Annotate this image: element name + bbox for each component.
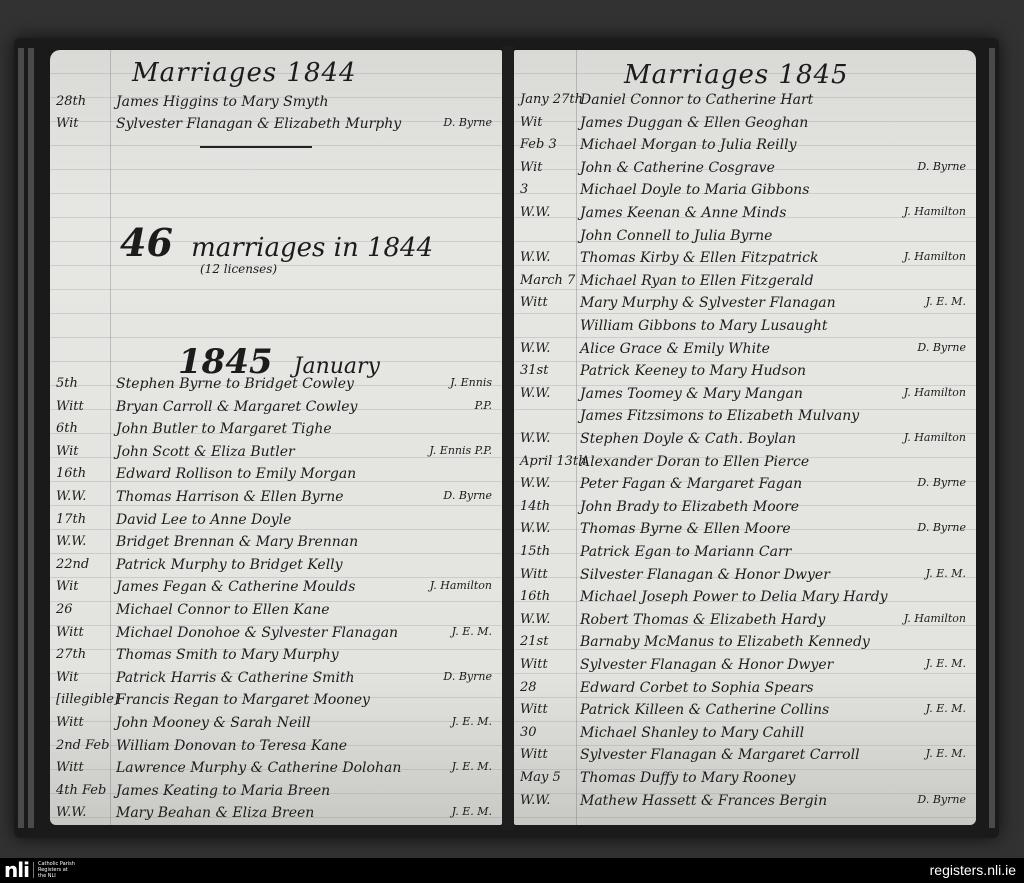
entry-names: Stephen Doyle & Cath. Boylan xyxy=(580,431,796,447)
entry-row: WittMichael Donohoe & Sylvester Flanagan… xyxy=(50,625,502,648)
entry-officiant: D. Byrne xyxy=(443,670,492,683)
left-page-title: Marriages 1844 xyxy=(132,58,357,88)
entry-date: Wit xyxy=(56,116,108,131)
entry-names: Peter Fagan & Margaret Fagan xyxy=(580,476,802,492)
entry-names: William Donovan to Teresa Kane xyxy=(116,738,347,754)
entry-row: May 5Thomas Duffy to Mary Rooney xyxy=(514,770,976,793)
entry-names: Barnaby McManus to Elizabeth Kennedy xyxy=(580,634,870,650)
entry-names: Daniel Connor to Catherine Hart xyxy=(580,92,813,108)
entry-names: Alexander Doran to Ellen Pierce xyxy=(580,454,809,470)
entry-officiant: J. E. M. xyxy=(926,567,966,580)
entry-names: Bridget Brennan & Mary Brennan xyxy=(116,534,358,550)
entry-officiant: J. E. M. xyxy=(926,295,966,308)
entry-officiant: D. Byrne xyxy=(917,793,966,806)
entry-date: 31st xyxy=(520,363,572,378)
entry-row: 4th FebJames Keating to Maria Breen xyxy=(50,783,502,806)
entry-names: John Scott & Eliza Butler xyxy=(116,444,295,460)
entry-names: Michael Donohoe & Sylvester Flanagan xyxy=(116,625,398,641)
entry-date: Feb 3 xyxy=(520,137,572,152)
entry-row: James Fitzsimons to Elizabeth Mulvany xyxy=(514,408,976,431)
entry-row: April 13thAlexander Doran to Ellen Pierc… xyxy=(514,454,976,477)
entry-date: Witt xyxy=(56,399,108,414)
entry-date: Witt xyxy=(520,702,572,717)
entry-row: 16thEdward Rollison to Emily Morgan xyxy=(50,466,502,489)
entry-date: W.W. xyxy=(520,612,572,627)
entry-names: Michael Doyle to Maria Gibbons xyxy=(580,182,809,198)
book-spine xyxy=(502,46,514,830)
entry-row: WitJames Fegan & Catherine MouldsJ. Hami… xyxy=(50,579,502,602)
entry-officiant: D. Byrne xyxy=(443,489,492,502)
entry-officiant: D. Byrne xyxy=(917,160,966,173)
entry-date: 5th xyxy=(56,376,108,391)
entry-officiant: J. E. M. xyxy=(926,747,966,760)
entry-officiant: D. Byrne xyxy=(917,476,966,489)
entry-date: 4th Feb xyxy=(56,783,108,798)
entry-row: 30Michael Shanley to Mary Cahill xyxy=(514,725,976,748)
entry-names: James Keenan & Anne Minds xyxy=(580,205,786,221)
entry-row: 22ndPatrick Murphy to Bridget Kelly xyxy=(50,557,502,580)
entry-row: W.W.James Toomey & Mary ManganJ. Hamilto… xyxy=(514,386,976,409)
entry-date: 17th xyxy=(56,512,108,527)
entry-row: 31stPatrick Keeney to Mary Hudson xyxy=(514,363,976,386)
entry-row: 16thMichael Joseph Power to Delia Mary H… xyxy=(514,589,976,612)
entry-date: 30 xyxy=(520,725,572,740)
entry-date: W.W. xyxy=(520,793,572,808)
summary-note: (12 licenses) xyxy=(200,262,277,276)
entry-date: Witt xyxy=(520,295,572,310)
entry-names: William Gibbons to Mary Lusaught xyxy=(580,318,828,334)
entry-row: Jany 27thDaniel Connor to Catherine Hart xyxy=(514,92,976,115)
entry-date: Witt xyxy=(520,747,572,762)
entry-row: 28Edward Corbet to Sophia Spears xyxy=(514,680,976,703)
entry-row: WitJames Duggan & Ellen Geoghan xyxy=(514,115,976,138)
yearly-summary: 46 marriages in 1844 xyxy=(120,220,433,265)
entry-officiant: J. Hamilton xyxy=(904,612,966,625)
book-edge-left xyxy=(18,48,24,828)
left-page: Marriages 1844 28th James Higgins to Mar… xyxy=(50,50,502,825)
entry-officiant: J. Hamilton xyxy=(904,250,966,263)
entry-names: Mary Murphy & Sylvester Flanagan xyxy=(580,295,836,311)
entry-names: Stephen Byrne to Bridget Cowley xyxy=(116,376,354,392)
entry-names: James Duggan & Ellen Geoghan xyxy=(580,115,808,131)
entry-names: John Connell to Julia Byrne xyxy=(580,228,772,244)
entry-row: 5thStephen Byrne to Bridget CowleyJ. Enn… xyxy=(50,376,502,399)
entry-names: Mary Beahan & Eliza Breen xyxy=(116,805,314,821)
entry-date: W.W. xyxy=(520,431,572,446)
entry-officiant: D. Byrne xyxy=(917,521,966,534)
entry-names: Thomas Duffy to Mary Rooney xyxy=(580,770,795,786)
entry-row: WittPatrick Killeen & Catherine CollinsJ… xyxy=(514,702,976,725)
entry-date: Wit xyxy=(56,670,108,685)
entry-row: W.W.Mathew Hassett & Frances BerginD. By… xyxy=(514,793,976,816)
entry-names: James Fegan & Catherine Moulds xyxy=(116,579,355,595)
summary-count: 46 xyxy=(120,220,173,265)
logo-caption: Catholic Parish Registers at the NLI xyxy=(38,861,75,879)
entry-row: WitJohn & Catherine CosgraveD. Byrne xyxy=(514,160,976,183)
entry-names: Thomas Kirby & Ellen Fitzpatrick xyxy=(580,250,818,266)
site-link[interactable]: registers.nli.ie xyxy=(930,862,1016,878)
entry-date: Witt xyxy=(56,625,108,640)
entry-row: 14thJohn Brady to Elizabeth Moore xyxy=(514,499,976,522)
entry-officiant: J. E. M. xyxy=(452,715,492,728)
nli-logo[interactable]: nli Catholic Parish Registers at the NLI xyxy=(4,861,75,879)
entry-date: Wit xyxy=(56,444,108,459)
footer-bar: nli Catholic Parish Registers at the NLI… xyxy=(0,858,1024,883)
entry-names: Edward Rollison to Emily Morgan xyxy=(116,466,356,482)
logo-caption-line: the NLI xyxy=(38,873,75,879)
entry-row: 6thJohn Butler to Margaret Tighe xyxy=(50,421,502,444)
entry-row: WittSilvester Flanagan & Honor DwyerJ. E… xyxy=(514,567,976,590)
entry-row: Feb 3Michael Morgan to Julia Reilly xyxy=(514,137,976,160)
entry-row: 15thPatrick Egan to Mariann Carr xyxy=(514,544,976,567)
entry-names: Patrick Egan to Mariann Carr xyxy=(580,544,791,560)
entry-names: James Keating to Maria Breen xyxy=(116,783,330,799)
entry-names: Michael Ryan to Ellen Fitzgerald xyxy=(580,273,814,289)
entry-date: W.W. xyxy=(56,489,108,504)
entry-row: W.W.Robert Thomas & Elizabeth HardyJ. Ha… xyxy=(514,612,976,635)
entry-date: 3 xyxy=(520,182,572,197)
entry-names: John & Catherine Cosgrave xyxy=(580,160,775,176)
right-page-title: Marriages 1845 xyxy=(624,60,849,90)
entry-officiant: J. Ennis xyxy=(450,376,492,389)
entry-names: Bryan Carroll & Margaret Cowley xyxy=(116,399,357,415)
entry-row: 17thDavid Lee to Anne Doyle xyxy=(50,512,502,535)
entry-names: Mathew Hassett & Frances Bergin xyxy=(580,793,827,809)
entry-row: WittSylvester Flanagan & Margaret Carrol… xyxy=(514,747,976,770)
entry-date: Wit xyxy=(56,579,108,594)
entry-date: Witt xyxy=(520,567,572,582)
entry-names: John Brady to Elizabeth Moore xyxy=(580,499,799,515)
entry-date: Witt xyxy=(56,715,108,730)
entry-row: 28th James Higgins to Mary Smyth xyxy=(50,94,502,117)
logo-separator xyxy=(33,862,34,878)
entry-officiant: J. Hamilton xyxy=(430,579,492,592)
entry-officiant: J. Hamilton xyxy=(904,386,966,399)
entry-date: 26 xyxy=(56,602,108,617)
entry-date: 28 xyxy=(520,680,572,695)
entry-names: Thomas Smith to Mary Murphy xyxy=(116,647,339,663)
entry-row: John Connell to Julia Byrne xyxy=(514,228,976,251)
entry-row: W.W.Thomas Byrne & Ellen MooreD. Byrne xyxy=(514,521,976,544)
entry-date: 21st xyxy=(520,634,572,649)
entry-row: W.W.James Keenan & Anne MindsJ. Hamilton xyxy=(514,205,976,228)
entry-names: David Lee to Anne Doyle xyxy=(116,512,291,528)
entry-row: March 7Michael Ryan to Ellen Fitzgerald xyxy=(514,273,976,296)
entry-date: May 5 xyxy=(520,770,572,785)
entry-officiant: D. Byrne xyxy=(443,116,492,129)
entry-date: Jany 27th xyxy=(520,92,572,107)
entry-officiant: J. E. M. xyxy=(452,625,492,638)
entry-officiant: J. Hamilton xyxy=(904,431,966,444)
entry-date: 16th xyxy=(520,589,572,604)
entry-row: W.W.Peter Fagan & Margaret FaganD. Byrne xyxy=(514,476,976,499)
entry-row: 27thThomas Smith to Mary Murphy xyxy=(50,647,502,670)
register-book: Marriages 1844 28th James Higgins to Mar… xyxy=(14,38,999,838)
entry-names: Edward Corbet to Sophia Spears xyxy=(580,680,814,696)
entry-date: W.W. xyxy=(56,534,108,549)
entry-row: W.W.Mary Beahan & Eliza BreenJ. E. M. xyxy=(50,805,502,825)
entry-date: 14th xyxy=(520,499,572,514)
entry-names: Patrick Killeen & Catherine Collins xyxy=(580,702,829,718)
entry-row: WittSylvester Flanagan & Honor DwyerJ. E… xyxy=(514,657,976,680)
entry-names: Michael Shanley to Mary Cahill xyxy=(580,725,804,741)
entry-row: [illegible]Francis Regan to Margaret Moo… xyxy=(50,692,502,715)
entry-names: Michael Morgan to Julia Reilly xyxy=(580,137,797,153)
entry-row: W.W.Stephen Doyle & Cath. BoylanJ. Hamil… xyxy=(514,431,976,454)
entry-names: Silvester Flanagan & Honor Dwyer xyxy=(580,567,830,583)
entry-row: 26Michael Connor to Ellen Kane xyxy=(50,602,502,625)
nli-logo-mark: nli xyxy=(4,861,29,879)
entry-row: WittJohn Mooney & Sarah NeillJ. E. M. xyxy=(50,715,502,738)
entry-names: Sylvester Flanagan & Elizabeth Murphy xyxy=(116,116,401,132)
entry-date: Wit xyxy=(520,160,572,175)
right-page: Marriages 1845 Jany 27thDaniel Connor to… xyxy=(514,50,976,825)
entry-row: 2nd FebWilliam Donovan to Teresa Kane xyxy=(50,738,502,761)
entry-names: Michael Joseph Power to Delia Mary Hardy xyxy=(580,589,887,605)
entry-row: WitPatrick Harris & Catherine SmithD. By… xyxy=(50,670,502,693)
entry-row: W.W.Thomas Kirby & Ellen FitzpatrickJ. H… xyxy=(514,250,976,273)
entry-row: W.W.Alice Grace & Emily WhiteD. Byrne xyxy=(514,341,976,364)
entry-date: 16th xyxy=(56,466,108,481)
entry-date: W.W. xyxy=(520,250,572,265)
entry-date: 2nd Feb xyxy=(56,738,108,753)
entry-date: March 7 xyxy=(520,273,572,288)
entry-row: William Gibbons to Mary Lusaught xyxy=(514,318,976,341)
entry-names: Patrick Keeney to Mary Hudson xyxy=(580,363,806,379)
entry-date: W.W. xyxy=(56,805,108,820)
entry-officiant: J. Hamilton xyxy=(904,205,966,218)
entry-names: Patrick Harris & Catherine Smith xyxy=(116,670,355,686)
entry-names: Lawrence Murphy & Catherine Dolohan xyxy=(116,760,401,776)
entry-row: WittMary Murphy & Sylvester FlanaganJ. E… xyxy=(514,295,976,318)
entry-officiant: P.P. xyxy=(475,399,492,412)
entry-row: 3Michael Doyle to Maria Gibbons xyxy=(514,182,976,205)
entry-date: W.W. xyxy=(520,205,572,220)
entry-names: Patrick Murphy to Bridget Kelly xyxy=(116,557,343,573)
entry-row: WittBryan Carroll & Margaret CowleyP.P. xyxy=(50,399,502,422)
summary-text: marriages in 1844 xyxy=(191,233,433,263)
entry-date: April 13th xyxy=(520,454,572,469)
section-divider xyxy=(200,146,312,148)
entry-date: 28th xyxy=(56,94,108,109)
image-viewer[interactable]: Marriages 1844 28th James Higgins to Mar… xyxy=(0,0,1024,858)
entry-row: W.W.Thomas Harrison & Ellen ByrneD. Byrn… xyxy=(50,489,502,512)
entry-names: Michael Connor to Ellen Kane xyxy=(116,602,330,618)
book-edge-left-inner xyxy=(28,48,34,828)
entry-names: Francis Regan to Margaret Mooney xyxy=(116,692,370,708)
entry-date: W.W. xyxy=(520,386,572,401)
entry-names: James Fitzsimons to Elizabeth Mulvany xyxy=(580,408,859,424)
entry-date: 22nd xyxy=(56,557,108,572)
entry-date: 27th xyxy=(56,647,108,662)
entry-date: W.W. xyxy=(520,341,572,356)
entry-row: WitJohn Scott & Eliza ButlerJ. Ennis P.P… xyxy=(50,444,502,467)
entry-officiant: J. Ennis P.P. xyxy=(429,444,492,457)
entry-officiant: J. E. M. xyxy=(452,805,492,818)
entry-names: John Butler to Margaret Tighe xyxy=(116,421,332,437)
entry-date: W.W. xyxy=(520,521,572,536)
entry-row: W.W.Bridget Brennan & Mary Brennan xyxy=(50,534,502,557)
entry-names: Alice Grace & Emily White xyxy=(580,341,770,357)
entry-names: Thomas Harrison & Ellen Byrne xyxy=(116,489,344,505)
entry-officiant: J. E. M. xyxy=(926,702,966,715)
entry-names: James Higgins to Mary Smyth xyxy=(116,94,329,110)
entry-names: Sylvester Flanagan & Margaret Carroll xyxy=(580,747,860,763)
entry-date: 15th xyxy=(520,544,572,559)
entry-names: Robert Thomas & Elizabeth Hardy xyxy=(580,612,825,628)
entry-officiant: D. Byrne xyxy=(917,341,966,354)
entry-date: 6th xyxy=(56,421,108,436)
entry-names: John Mooney & Sarah Neill xyxy=(116,715,311,731)
entry-date: [illegible] xyxy=(56,692,108,707)
book-edge-right xyxy=(989,48,995,828)
entry-row: 21stBarnaby McManus to Elizabeth Kennedy xyxy=(514,634,976,657)
entry-names: Sylvester Flanagan & Honor Dwyer xyxy=(580,657,833,673)
entry-row: WittLawrence Murphy & Catherine DolohanJ… xyxy=(50,760,502,783)
entry-date: Wit xyxy=(520,115,572,130)
entry-date: Witt xyxy=(56,760,108,775)
entry-date: Witt xyxy=(520,657,572,672)
entry-officiant: J. E. M. xyxy=(926,657,966,670)
entry-names: Thomas Byrne & Ellen Moore xyxy=(580,521,791,537)
entry-names: James Toomey & Mary Mangan xyxy=(580,386,803,402)
entry-date: W.W. xyxy=(520,476,572,491)
entry-officiant: J. E. M. xyxy=(452,760,492,773)
entry-row: Wit Sylvester Flanagan & Elizabeth Murph… xyxy=(50,116,502,139)
